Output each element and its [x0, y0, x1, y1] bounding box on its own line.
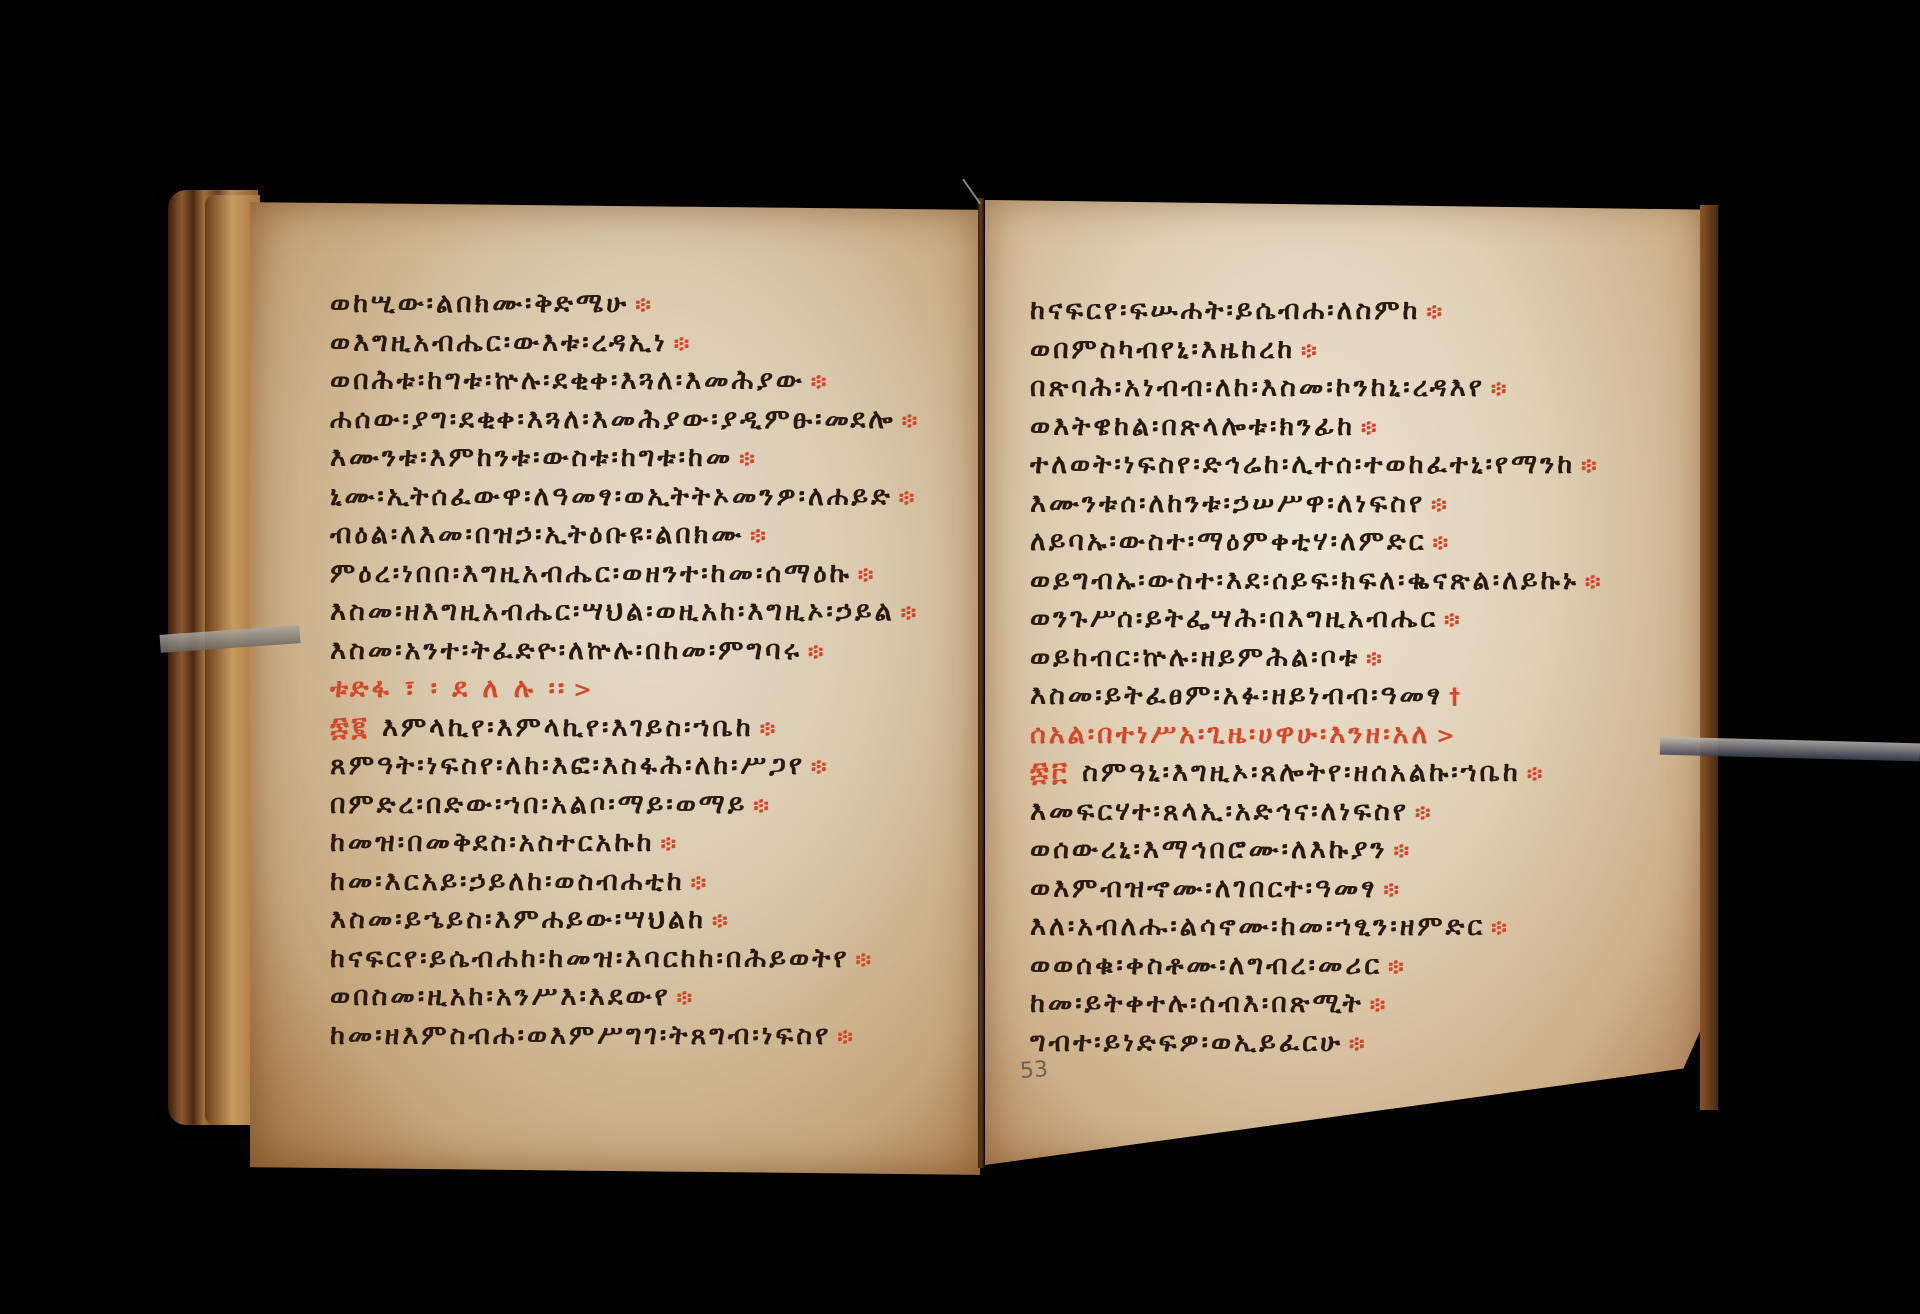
- line-text: ወእግዚአብሔር፡ውእቱ፡ረዳኢነ: [330, 327, 668, 358]
- red-punctuation-flower-icon: ፨: [1384, 878, 1399, 903]
- line-text: ከመ፡እርአይ፡ኃይለከ፡ወስብሐቲከ: [330, 866, 685, 897]
- manuscript-line: ወበስመ፡ዚአከ፡አንሥእ፡እደውየ፨: [330, 978, 980, 1017]
- manuscript-line: እስመ፡አንተ፡ትፈድዮ፡ለኵሉ፡በከመ፡ምግባሩ፨: [330, 632, 980, 671]
- manuscript-line: እሙንቱሰ፡ለከንቱ፡ኃሠሥዋ፡ለነፍስየ፨: [1030, 485, 1670, 524]
- line-text: በጽባሕ፡አነብብ፡ለከ፡እስመ፡ኮንከኒ፡ረዳእየ: [1030, 372, 1485, 403]
- right-page-text: ከናፍርየ፡ፍሡሐት፡ይሴብሐ፡ለስምከ፨ወበምስካብየኒ፡እዜከረከ፨በጽባሕ…: [1030, 292, 1670, 1062]
- red-punctuation-flower-icon: ፨: [1433, 531, 1448, 556]
- red-punctuation-flower-icon: ፨: [856, 948, 871, 973]
- manuscript-line: እሙንቱ፡እምከንቱ፡ውስቱ፡ከግቱ፡ከመ፨: [330, 439, 980, 478]
- line-text: ወሰውረኒ፡እማኅበሮሙ፡ለእኩያን: [1030, 834, 1388, 865]
- red-punctuation-flower-icon: ፨: [691, 871, 706, 896]
- manuscript-line: ተለወት፡ነፍስየ፡ድኅሬከ፡ሊተሰ፡ተወከፈተኒ፡የማንከ፨: [1030, 446, 1670, 485]
- manuscript-line: ለይባኡ፡ውስተ፡ማዕምቀቲሃ፡ለምድር፨: [1030, 523, 1670, 562]
- line-text: ምዕረ፡ነበበ፡እግዚአብሔር፡ወዘንተ፡ከመ፡ሰማዕኩ: [330, 558, 852, 589]
- red-punctuation-flower-icon: ፨: [1431, 493, 1446, 518]
- red-punctuation-flower-icon: ፨: [1394, 839, 1409, 864]
- line-text: ወወሰቁ፡ቀስቶሙ፡ለግብረ፡መሪር: [1030, 950, 1382, 981]
- manuscript-line: በምድረ፡በድው፡ኀበ፡አልቦ፡ማይ፡ወማይ፨: [330, 786, 980, 825]
- line-text: እስመ፡ይኄይስ፡እምሐይው፡ሣህልከ: [330, 904, 706, 935]
- line-text: ወበምስካብየኒ፡እዜከረከ: [1030, 334, 1295, 365]
- manuscript-line: ወእግዚአብሔር፡ውእቱ፡ረዳኢነ፨: [330, 324, 980, 363]
- manuscript-line: እለ፡አብለሑ፡ልሳኖሙ፡ከመ፡ኀፂን፡ዘምድር፨: [1030, 908, 1670, 947]
- manuscript-line: ወሰውረኒ፡እማኅበሮሙ፡ለእኩያን፨: [1030, 831, 1670, 870]
- red-punctuation-flower-icon: ፨: [837, 1025, 852, 1050]
- red-punctuation-flower-icon: ፨: [901, 601, 916, 626]
- manuscript-line: ግብተ፡ይነድፍዎ፡ወኢይፈርሁ፨: [1030, 1024, 1670, 1063]
- red-punctuation-flower-icon: ፨: [899, 486, 914, 511]
- red-punctuation-flower-icon: ፨: [1366, 647, 1381, 672]
- manuscript-line: ጸምዓት፡ነፍስየ፡ለከ፡እፎ፡እስፋሕ፡ለከ፡ሥጋየ፨: [330, 747, 980, 786]
- red-punctuation-flower-icon: ፨: [1301, 339, 1316, 364]
- page-number: 53: [1019, 1057, 1049, 1084]
- left-page-text: ወከሢው፡ልበክሙ፡ቅድሜሁ፨ወእግዚአብሔር፡ውእቱ፡ረዳኢነ፨ወበሕቱ፡ከግ…: [330, 285, 980, 1055]
- red-punctuation-flower-icon: ፨: [760, 717, 775, 742]
- line-text: ወይከብር፡ኵሉ፡ዘይምሕል፡ቦቱ: [1030, 642, 1360, 673]
- manuscript-line: ኒሙ፡ኢትሰፈውዋ፡ለዓመፃ፡ወኢትትኦመንዎ፡ለሐይድ፨: [330, 478, 980, 517]
- red-punctuation-flower-icon: ፨: [1361, 416, 1376, 441]
- line-text: እምላኪየ፡እምላኪየ፡እገይስ፡ኀቤከ: [370, 712, 754, 743]
- red-punctuation-flower-icon: ፨: [1415, 801, 1430, 826]
- line-text: ለይባኡ፡ውስተ፡ማዕምቀቲሃ፡ለምድር: [1030, 526, 1427, 557]
- red-punctuation-flower-icon: ፨: [1370, 993, 1385, 1018]
- line-text: እለ፡አብለሑ፡ልሳኖሙ፡ከመ፡ኀፂን፡ዘምድር: [1030, 911, 1485, 942]
- line-text: ወበሕቱ፡ከግቱ፡ኵሉ፡ደቂቀ፡እጓለ፡እመሕያው: [330, 365, 805, 396]
- manuscript-line: ወእምብዝኆሙ፡ለገበርተ፡ዓመፃ፨: [1030, 870, 1670, 909]
- line-text: ከናፍርየ፡ፍሡሐት፡ይሴብሐ፡ለስምከ: [1030, 295, 1420, 326]
- line-text: በምድረ፡በድው፡ኀበ፡አልቦ፡ማይ፡ወማይ: [330, 789, 747, 820]
- line-text: ወእትዌከል፡በጽላሎቱ፡ክንፊከ: [1030, 411, 1355, 442]
- red-punctuation-flower-icon: ፨: [811, 755, 826, 780]
- manuscript-line: ወወሰቁ፡ቀስቶሙ፡ለግብረ፡መሪር፨: [1030, 947, 1670, 986]
- line-text: ብዕል፡ለእመ፡በዝኃ፡ኢትዕቡዩ፡ልበክሙ: [330, 519, 744, 550]
- line-text: ኒሙ፡ኢትሰፈውዋ፡ለዓመፃ፡ወኢትትኦመንዎ፡ለሐይድ: [330, 481, 893, 512]
- line-text: ወእምብዝኆሙ፡ለገበርተ፡ዓመፃ: [1030, 873, 1378, 904]
- red-punctuation-flower-icon: ፨: [677, 986, 692, 1011]
- red-punctuation-flower-icon: ፨: [1527, 762, 1542, 787]
- red-punctuation-flower-icon: ፨: [750, 524, 765, 549]
- manuscript-line: ከናፍርየ፡ይሴብሐከ፡ከመዝ፡እባርከከ፡በሕይወትየ፨: [330, 940, 980, 979]
- line-text: እስመ፡ይትፈፀም፡አፉ፡ዘይነብብ፡ዓመፃ: [1030, 680, 1443, 711]
- manuscript-line: ከናፍርየ፡ፍሡሐት፡ይሴብሐ፡ለስምከ፨: [1030, 292, 1670, 331]
- manuscript-line: ፷፫ ስምዓኒ፡እግዚኦ፡ጸሎትየ፡ዘሰአልኩ፡ኀቤከ፨: [1030, 754, 1670, 793]
- manuscript-line: ከመ፡እርአይ፡ኃይለከ፡ወስብሐቲከ፨: [330, 863, 980, 902]
- red-punctuation-flower-icon: ፨: [1388, 955, 1403, 980]
- red-punctuation-flower-icon: ፨: [858, 563, 873, 588]
- manuscript-line: እስመ፡ዘእግዚአብሔር፡ሣህል፡ወዚአከ፡እግዚኦ፡ኃይል፨: [330, 593, 980, 632]
- red-punctuation-flower-icon: ፨: [712, 909, 727, 934]
- line-text: ከናፍርየ፡ይሴብሐከ፡ከመዝ፡እባርከከ፡በሕይወትየ: [330, 943, 850, 974]
- rubric-numeral: ፷፪: [330, 712, 370, 743]
- line-text: እስመ፡አንተ፡ትፈድዮ፡ለኵሉ፡በከመ፡ምግባሩ: [330, 635, 802, 666]
- manuscript-line: ምዕረ፡ነበበ፡እግዚአብሔር፡ወዘንተ፡ከመ፡ሰማዕኩ፨: [330, 555, 980, 594]
- red-punctuation-flower-icon: ፨: [1491, 377, 1506, 402]
- line-text: ከመ፡ዘእምስብሐ፡ወእምሥግገ፡ትጸግብ፡ነፍስየ: [330, 1020, 831, 1051]
- red-punctuation-flower-icon: ፨: [753, 794, 768, 819]
- line-text: ወንጉሥሰ፡ይትፌሣሕ፡በእግዚአብሔር: [1030, 603, 1438, 634]
- manuscript-line: ወበሕቱ፡ከግቱ፡ኵሉ፡ደቂቀ፡እጓለ፡እመሕያው፨: [330, 362, 980, 401]
- manuscript-line: እስመ፡ይትፈፀም፡አፉ፡ዘይነብብ፡ዓመፃ†: [1030, 677, 1670, 716]
- manuscript-line: ፷፪ እምላኪየ፡እምላኪየ፡እገይስ፡ኀቤከ፨: [330, 709, 980, 748]
- right-page-edge: [1700, 205, 1718, 1110]
- red-punctuation-flower-icon: ፨: [1585, 570, 1600, 595]
- manuscript-line: ቱድፋ ፣ ፡ ደ ለ ሉ ፡፡>: [330, 670, 980, 709]
- rubric-arrow-icon: >: [573, 678, 591, 703]
- red-punctuation-flower-icon: ፨: [902, 409, 917, 434]
- manuscript-line: ከመ፡ይትቀተሉ፡ሰብእ፡በጽሚት፨: [1030, 985, 1670, 1024]
- line-text: ወይግብኡ፡ውስተ፡እደ፡ሰይፍ፡ክፍለ፡ቈናጽል፡ለይኩኑ: [1030, 565, 1579, 596]
- line-text: ከመዝ፡በመቅደስ፡አስተርአኩከ: [330, 827, 655, 858]
- line-text: ጸምዓት፡ነፍስየ፡ለከ፡እፎ፡እስፋሕ፡ለከ፡ሥጋየ: [330, 750, 805, 781]
- manuscript-line: ከመዝ፡በመቅደስ፡አስተርአኩከ፨: [330, 824, 980, 863]
- red-punctuation-flower-icon: ፨: [739, 447, 754, 472]
- red-punctuation-flower-icon: ፨: [1444, 608, 1459, 633]
- manuscript-line: ወከሢው፡ልበክሙ፡ቅድሜሁ፨: [330, 285, 980, 324]
- red-punctuation-flower-icon: ፨: [1491, 916, 1506, 941]
- manuscript-line: ወበምስካብየኒ፡እዜከረከ፨: [1030, 331, 1670, 370]
- manuscript-line: ወይከብር፡ኵሉ፡ዘይምሕል፡ቦቱ፨: [1030, 639, 1670, 678]
- red-punctuation-flower-icon: ፨: [674, 332, 689, 357]
- manuscript-line: ከመ፡ዘእምስብሐ፡ወእምሥግገ፡ትጸግብ፡ነፍስየ፨: [330, 1017, 980, 1056]
- manuscript-line: ወንጉሥሰ፡ይትፌሣሕ፡በእግዚአብሔር፨: [1030, 600, 1670, 639]
- red-punctuation-flower-icon: ፨: [1426, 300, 1441, 325]
- red-punctuation-flower-icon: ፨: [811, 370, 826, 395]
- line-text: ሐሰው፡ያግ፡ደቂቀ፡እጓለ፡እመሕያው፡ያዲምፁ፡መደሎ: [330, 404, 896, 435]
- manuscript-line: እስመ፡ይኄይስ፡እምሐይው፡ሣህልከ፨: [330, 901, 980, 940]
- manuscript-line: በጽባሕ፡አነብብ፡ለከ፡እስመ፡ኮንከኒ፡ረዳእየ፨: [1030, 369, 1670, 408]
- line-text: ቱድፋ ፣ ፡ ደ ለ ሉ ፡፡: [330, 673, 567, 704]
- line-text: እመፍርሃተ፡ጸላኢ፡አድኅና፡ለነፍስየ: [1030, 796, 1409, 827]
- red-punctuation-flower-icon: ፨: [635, 293, 650, 318]
- line-text: እሙንቱሰ፡ለከንቱ፡ኃሠሥዋ፡ለነፍስየ: [1030, 488, 1425, 519]
- manuscript-line: ወእትዌከል፡በጽላሎቱ፡ክንፊከ፨: [1030, 408, 1670, 447]
- red-punctuation-flower-icon: ፨: [1581, 454, 1596, 479]
- manuscript-line: ብዕል፡ለእመ፡በዝኃ፡ኢትዕቡዩ፡ልበክሙ፨: [330, 516, 980, 555]
- line-text: እሙንቱ፡እምከንቱ፡ውስቱ፡ከግቱ፡ከመ: [330, 442, 733, 473]
- manuscript-line: ሐሰው፡ያግ፡ደቂቀ፡እጓለ፡እመሕያው፡ያዲምፁ፡መደሎ፨: [330, 401, 980, 440]
- line-text: ተለወት፡ነፍስየ፡ድኅሬከ፡ሊተሰ፡ተወከፈተኒ፡የማንከ: [1030, 449, 1575, 480]
- line-text: ከመ፡ይትቀተሉ፡ሰብእ፡በጽሚት: [1030, 988, 1364, 1019]
- line-text: ወከሢው፡ልበክሙ፡ቅድሜሁ: [330, 288, 629, 319]
- line-text: ስምዓኒ፡እግዚኦ፡ጸሎትየ፡ዘሰአልኩ፡ኀቤከ: [1070, 757, 1521, 788]
- rubric-numeral: ፷፫: [1030, 757, 1070, 788]
- manuscript-line: ሰአል፡በተነሥአ፡ጊዜ፡ሀዋሁ፡እንዘ፡አለ>: [1030, 716, 1670, 755]
- cross-ornament-icon: †: [1449, 685, 1460, 710]
- line-text: ሰአል፡በተነሥአ፡ጊዜ፡ሀዋሁ፡እንዘ፡አለ: [1030, 719, 1430, 750]
- manuscript-line: እመፍርሃተ፡ጸላኢ፡አድኅና፡ለነፍስየ፨: [1030, 793, 1670, 832]
- line-text: እስመ፡ዘእግዚአብሔር፡ሣህል፡ወዚአከ፡እግዚኦ፡ኃይል: [330, 596, 895, 627]
- red-punctuation-flower-icon: ፨: [808, 640, 823, 665]
- line-text: ግብተ፡ይነድፍዎ፡ወኢይፈርሁ: [1030, 1027, 1343, 1058]
- line-text: ወበስመ፡ዚአከ፡አንሥእ፡እደውየ: [330, 981, 671, 1012]
- red-punctuation-flower-icon: ፨: [661, 832, 676, 857]
- manuscript-line: ወይግብኡ፡ውስተ፡እደ፡ሰይፍ፡ክፍለ፡ቈናጽል፡ለይኩኑ፨: [1030, 562, 1670, 601]
- red-punctuation-flower-icon: ፨: [1349, 1032, 1364, 1057]
- rubric-arrow-icon: >: [1436, 724, 1454, 749]
